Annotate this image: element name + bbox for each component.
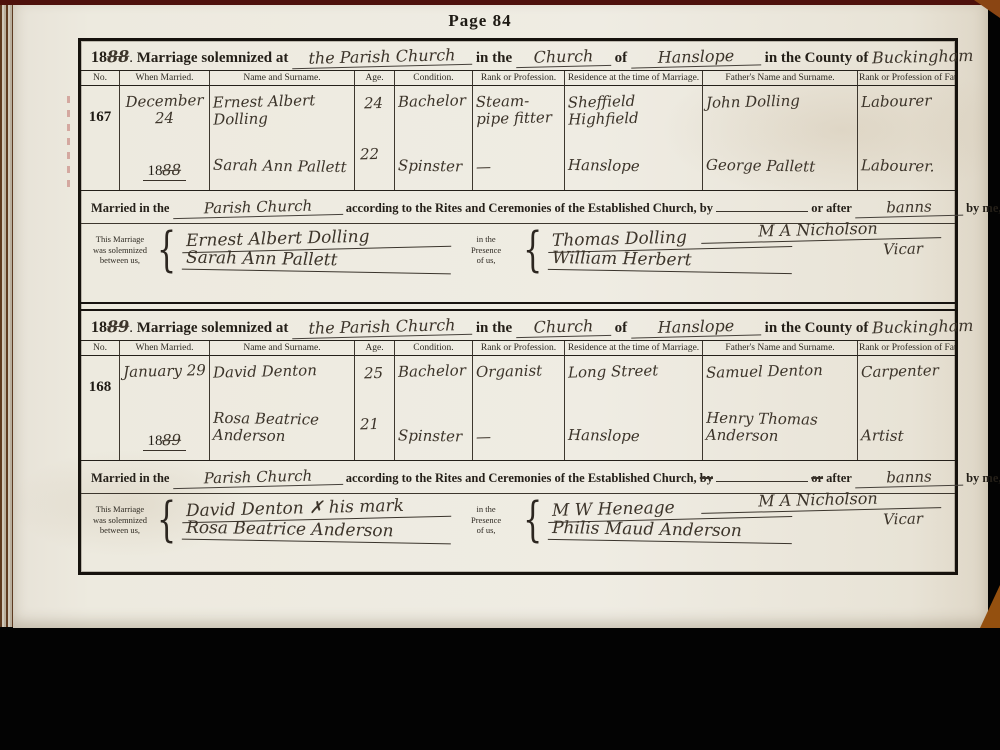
signature-block: This Marriage was solemnized between us,… [81, 224, 955, 302]
county-label: in the County of [765, 50, 869, 66]
year-handwritten: 89 [107, 317, 130, 337]
county-label: in the County of [765, 320, 869, 336]
col-when-married: When Married. [120, 341, 210, 356]
col-condition: Condition. [395, 71, 473, 86]
married-in-line: Married in the Parish Church according t… [81, 190, 955, 224]
cell-professions: Organist — [473, 356, 565, 460]
cell-residences: Sheffield Highfield Hanslope [565, 86, 703, 190]
bride-father-profession: Artist [861, 427, 952, 446]
groom-profession: Organist [476, 362, 561, 381]
by-blank-line [716, 199, 808, 212]
cell-ages: 24 22 [355, 86, 395, 190]
binding-stitch-marks [67, 96, 70, 188]
bride-age: 21 [360, 415, 391, 433]
page-number: Page 84 [0, 11, 960, 31]
this-marriage-label: This Marriage was solemnized between us, [89, 234, 151, 266]
rites-label: according to the Rites and Ceremonies of… [346, 201, 697, 215]
groom-residence: Long Street [568, 361, 699, 381]
cell-fathers: Samuel Denton Henry Thomas Anderson [703, 356, 858, 460]
bride-condition: Spinster [398, 157, 469, 175]
by-blank-line [716, 469, 808, 482]
cell-number: 168 [81, 356, 120, 460]
groom-age: 25 [364, 365, 391, 383]
cell-father-professions: Labourer Labourer. [858, 86, 955, 190]
presence-label: in the Presence of us, [455, 504, 517, 536]
by-label-struck: by [700, 471, 713, 485]
of-label: of [615, 50, 628, 66]
this-marriage-label: This Marriage was solemnized between us, [89, 504, 151, 536]
year-handwritten: 88 [107, 47, 130, 67]
groom-father: John Dolling [706, 91, 854, 112]
bride-father-profession: Labourer. [861, 157, 952, 176]
after-method: banns [855, 197, 963, 219]
groom-father: Samuel Denton [706, 361, 854, 382]
groom-residence: Sheffield Highfield [568, 91, 700, 129]
col-age: Age. [355, 341, 395, 356]
cell-professions: Steam-pipe fitter — [473, 86, 565, 190]
officiant-signature: M A Nicholson Vicar [701, 220, 941, 260]
section-divider [81, 302, 955, 311]
record-header: 1889. Marriage solemnized at the Parish … [81, 311, 955, 340]
groom-name: Ernest Albert Dolling [213, 91, 352, 129]
bride-name: Rosa Beatrice Anderson [213, 409, 352, 446]
marriage-month: January 29 [123, 362, 206, 381]
col-father-name: Father's Name and Surname. [703, 71, 858, 86]
after-label: after [826, 201, 852, 215]
bride-father: Henry Thomas Anderson [706, 409, 855, 446]
church-handwritten: Church [516, 46, 611, 68]
bride-father: George Pallett [706, 156, 854, 176]
book-binding-edge [0, 5, 13, 627]
bride-residence: Hanslope [568, 157, 699, 177]
groom-father-profession: Labourer [861, 92, 952, 111]
married-in-place: Parish Church [172, 466, 342, 489]
groom-profession: Steam-pipe fitter [476, 92, 562, 129]
cell-number: 167 [81, 86, 120, 190]
bride-signature: Sarah Ann Pallett [182, 248, 451, 275]
col-no: No. [81, 341, 120, 356]
table-body-row: 167 December 24 1888 Ernest Albert Dolli… [81, 86, 955, 190]
place-handwritten: the Parish Church [292, 315, 472, 339]
brace-right: { [523, 222, 542, 278]
bride-age: 22 [360, 145, 391, 163]
col-when-married: When Married. [120, 71, 210, 86]
bride-signature: Rosa Beatrice Anderson [182, 518, 451, 545]
groom-condition: Bachelor [398, 92, 469, 111]
col-age: Age. [355, 71, 395, 86]
married-in-place: Parish Church [172, 196, 342, 219]
period: . [129, 50, 133, 66]
by-me-label: by me, [966, 201, 1000, 215]
officiant-signature: M A Nicholson Vicar [701, 490, 941, 530]
brace-left: { [157, 222, 176, 278]
col-father-profession: Rank or Profession of Father. [858, 341, 955, 356]
cell-conditions: Bachelor Spinster [395, 86, 473, 190]
cell-names: David Denton Rosa Beatrice Anderson [210, 356, 355, 460]
col-father-name: Father's Name and Surname. [703, 341, 858, 356]
col-father-profession: Rank or Profession of Father. [858, 71, 955, 86]
by-label: by [700, 201, 713, 215]
couple-signatures: Ernest Albert Dolling Sarah Ann Pallett [182, 228, 451, 272]
county-handwritten: Buckingham [872, 316, 982, 338]
groom-name: David Denton [213, 361, 351, 382]
signature-block: This Marriage was solemnized between us,… [81, 494, 955, 572]
marriage-day: 24 [123, 109, 206, 128]
cell-father-professions: Carpenter Artist [858, 356, 955, 460]
bride-profession: — [476, 157, 561, 176]
cell-when-married: December 24 1888 [120, 86, 210, 190]
solemnized-label: Marriage solemnized at [137, 50, 289, 66]
table-body-row: 168 January 29 1889 David Denton Rosa Be… [81, 356, 955, 460]
bride-name: Sarah Ann Pallett [213, 157, 351, 177]
groom-age: 24 [364, 95, 391, 113]
cell-when-married: January 29 1889 [120, 356, 210, 460]
bride-profession: — [476, 427, 561, 446]
married-in-label: Married in the [91, 201, 169, 215]
cell-ages: 25 21 [355, 356, 395, 460]
register-photo: Page 84 1888. Marriage solemnized at the… [0, 0, 1000, 750]
year-printed: 18 [91, 319, 107, 336]
marriage-register-form: 1888. Marriage solemnized at the Parish … [78, 38, 958, 575]
married-in-label: Married in the [91, 471, 169, 485]
period: . [129, 320, 133, 336]
in-the-label: in the [476, 320, 512, 336]
place-handwritten: the Parish Church [292, 45, 472, 69]
marriage-year: 1889 [143, 432, 185, 451]
or-label: or [811, 201, 823, 215]
table-header-row: No. When Married. Name and Surname. Age.… [81, 340, 955, 356]
marriage-year: 1888 [143, 162, 185, 181]
after-label: after [826, 471, 852, 485]
marriage-record-167: 1888. Marriage solemnized at the Parish … [81, 41, 955, 302]
cell-conditions: Bachelor Spinster [395, 356, 473, 460]
parish-handwritten: Hanslope [631, 315, 761, 338]
brace-right: { [523, 492, 542, 548]
marriage-record-168: 1889. Marriage solemnized at the Parish … [81, 311, 955, 572]
year-printed: 18 [91, 49, 107, 66]
bride-residence: Hanslope [568, 427, 699, 447]
cell-names: Ernest Albert Dolling Sarah Ann Pallett [210, 86, 355, 190]
col-no: No. [81, 71, 120, 86]
brace-left: { [157, 492, 176, 548]
table-header-row: No. When Married. Name and Surname. Age.… [81, 70, 955, 86]
presence-label: in the Presence of us, [455, 234, 517, 266]
by-me-label: by me, [966, 471, 1000, 485]
married-in-line: Married in the Parish Church according t… [81, 460, 955, 494]
col-rank-profession: Rank or Profession. [473, 71, 565, 86]
church-handwritten: Church [516, 316, 611, 338]
col-condition: Condition. [395, 341, 473, 356]
col-rank-profession: Rank or Profession. [473, 341, 565, 356]
solemnized-label: Marriage solemnized at [137, 320, 289, 336]
of-label: of [615, 320, 628, 336]
cell-residences: Long Street Hanslope [565, 356, 703, 460]
groom-father-profession: Carpenter [861, 362, 952, 381]
or-label-struck: or [811, 471, 823, 485]
county-handwritten: Buckingham [872, 46, 982, 68]
col-residence: Residence at the time of Marriage. [565, 341, 703, 356]
bride-condition: Spinster [398, 427, 469, 445]
col-name-surname: Name and Surname. [210, 341, 355, 356]
parish-handwritten: Hanslope [631, 45, 761, 68]
col-residence: Residence at the time of Marriage. [565, 71, 703, 86]
cell-fathers: John Dolling George Pallett [703, 86, 858, 190]
rites-label: according to the Rites and Ceremonies of… [346, 471, 697, 485]
in-the-label: in the [476, 50, 512, 66]
record-header: 1888. Marriage solemnized at the Parish … [81, 41, 955, 70]
after-method: banns [855, 467, 963, 489]
groom-condition: Bachelor [398, 362, 469, 381]
couple-signatures: David Denton ✗ his mark Rosa Beatrice An… [182, 498, 451, 542]
col-name-surname: Name and Surname. [210, 71, 355, 86]
